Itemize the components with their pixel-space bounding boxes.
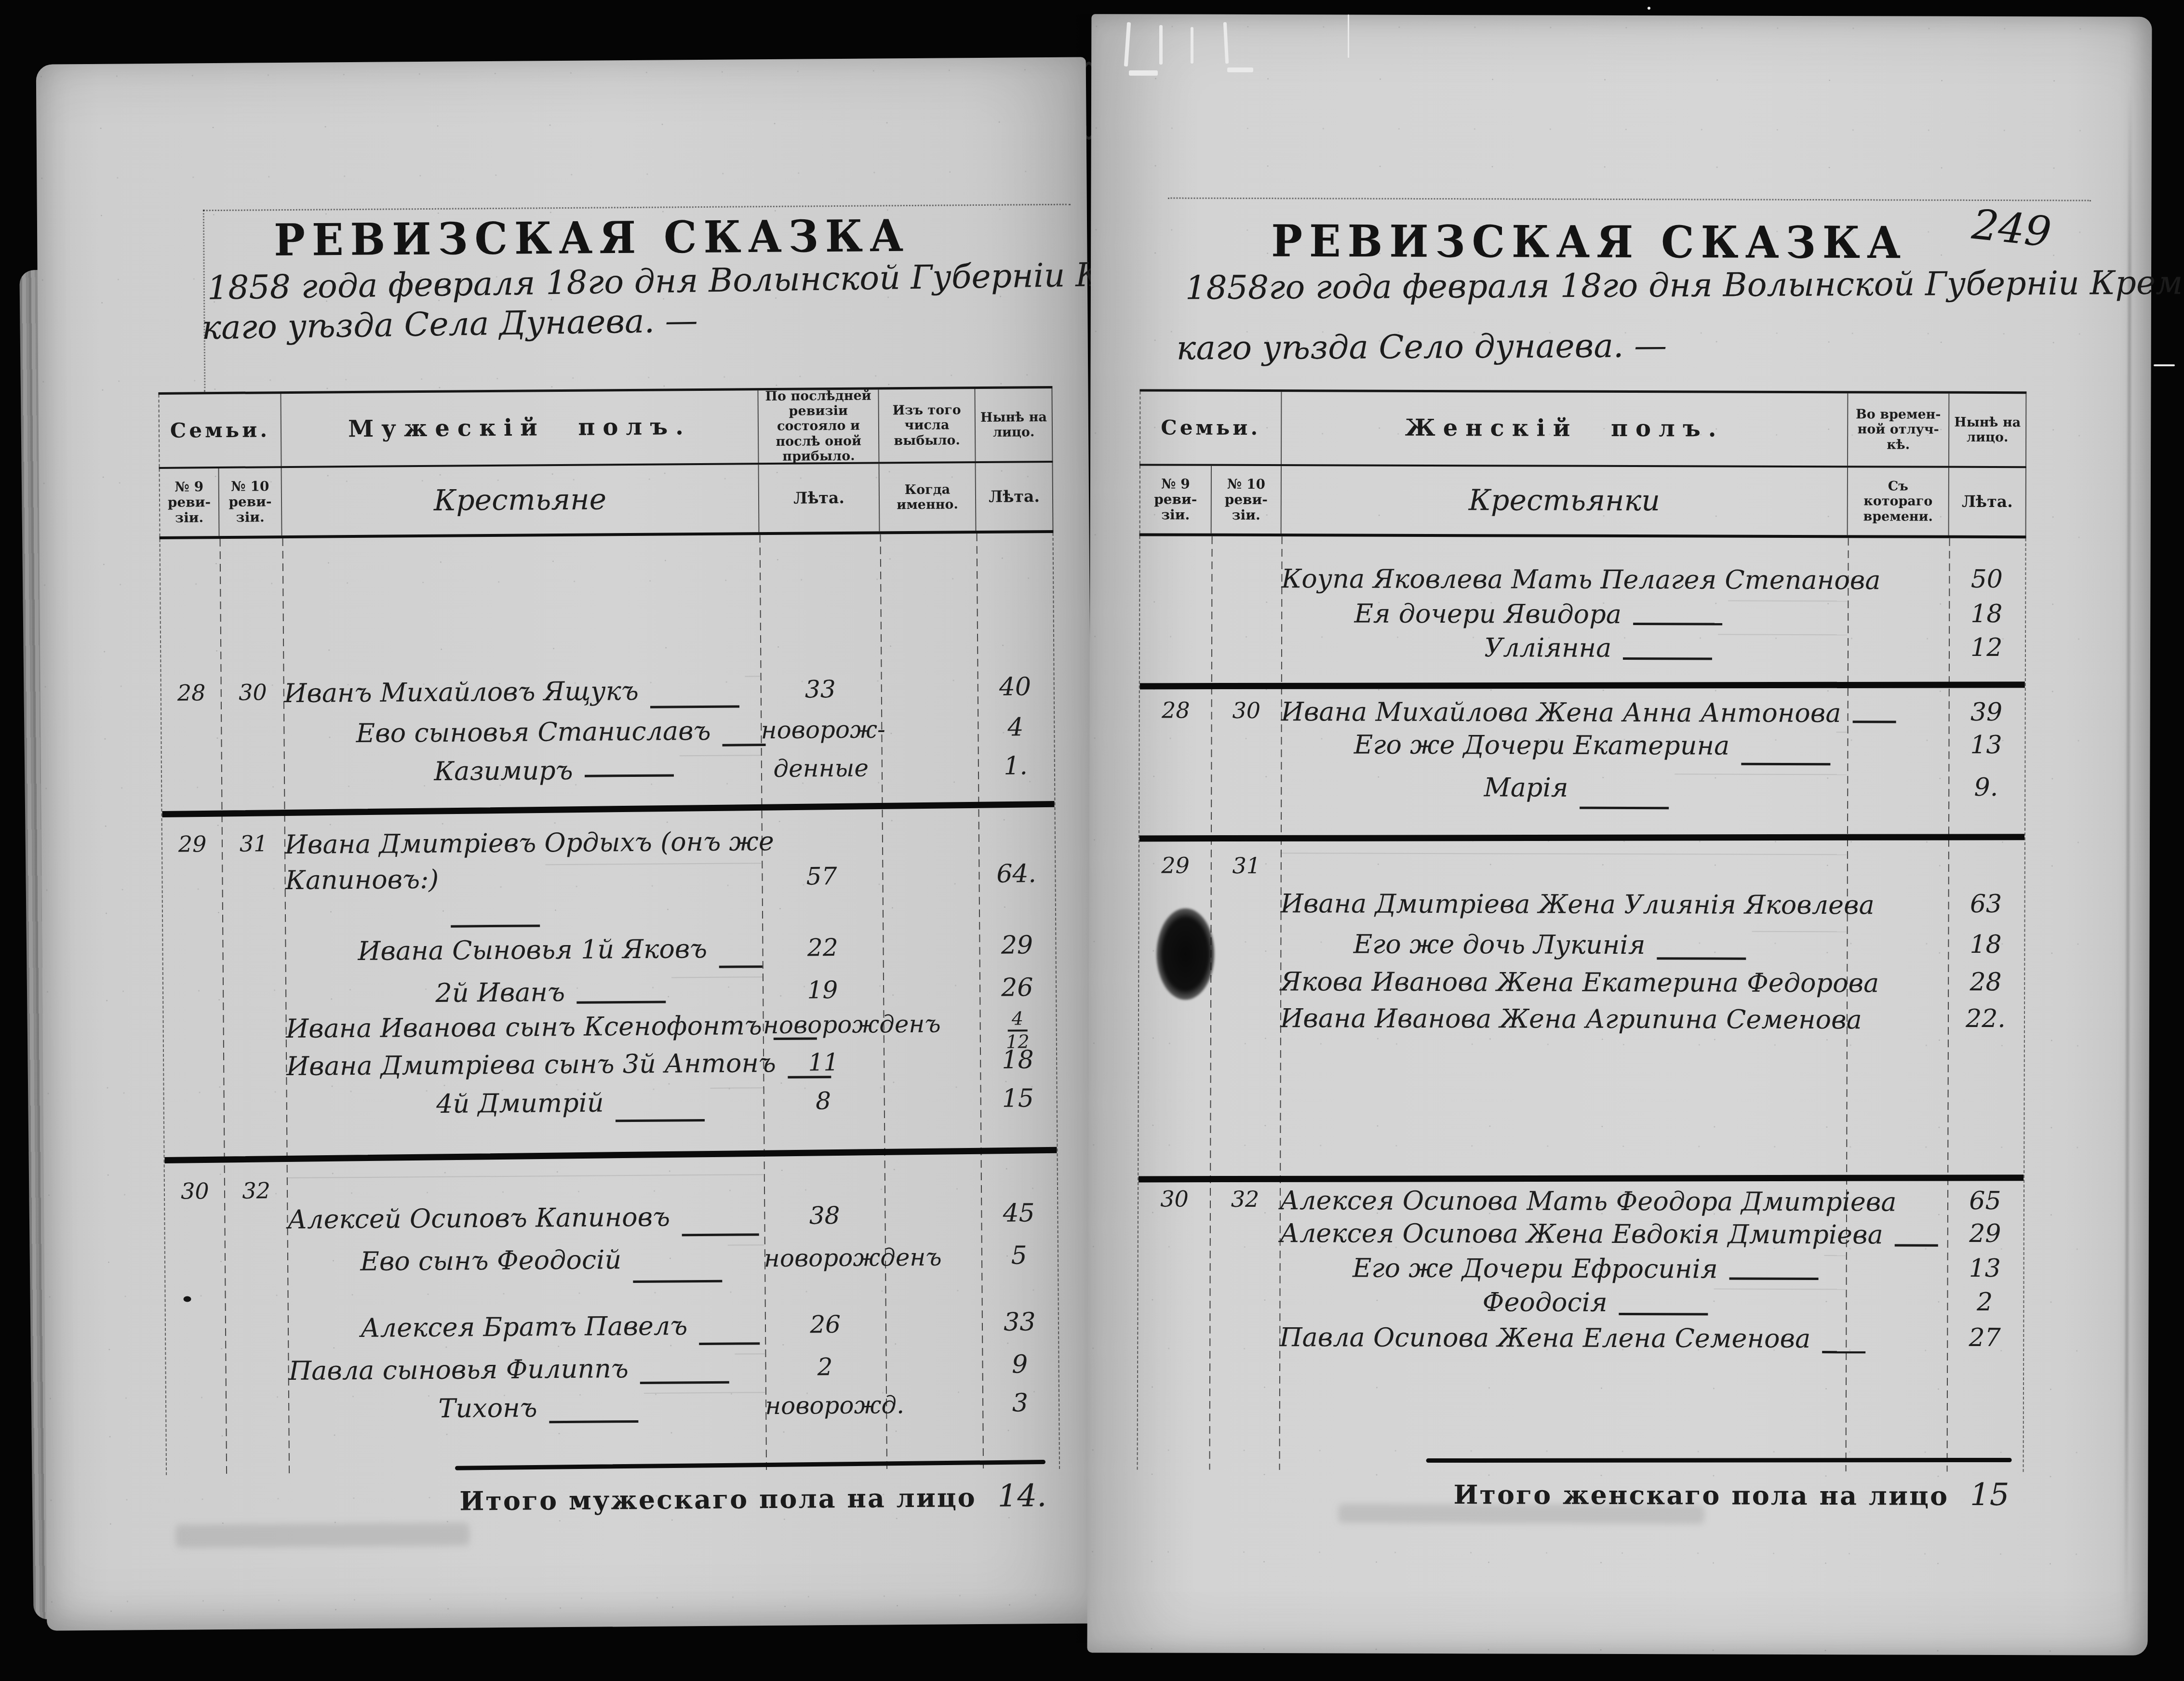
when-departed-cell bbox=[880, 673, 977, 714]
when-departed-cell bbox=[884, 1009, 979, 1047]
handwritten-dash bbox=[1729, 1278, 1819, 1280]
handwritten-dash bbox=[1657, 957, 1746, 960]
since-when-cell bbox=[1847, 968, 1947, 1005]
family-number-rev9: 30 bbox=[165, 1177, 225, 1205]
age-now-cell: 65 bbox=[1947, 1187, 2023, 1220]
column-header-when: Когда именно. bbox=[880, 463, 977, 531]
table-row bbox=[1140, 666, 2025, 698]
name-cell: Ивана Дмитріева Жена Улиянія Яковлева bbox=[1281, 888, 1847, 930]
table-row: Павла Осипова Жена Елена Семенова 27 bbox=[1138, 1321, 2023, 1361]
table-row bbox=[164, 1127, 1057, 1177]
family-number-rev10: 32 bbox=[1210, 1185, 1280, 1218]
handwritten-dash bbox=[1741, 763, 1830, 765]
when-departed-cell bbox=[885, 1389, 982, 1428]
table-row: Ивана Сыновья 1й Яковъ 22 29 bbox=[163, 931, 1056, 980]
family-number-rev10 bbox=[227, 1394, 289, 1433]
family-number-rev9 bbox=[1140, 631, 1212, 666]
family-number-rev9 bbox=[165, 1247, 226, 1294]
table-row: Ево сыновья Станиславъ новорож- 4 bbox=[161, 713, 1054, 758]
family-separator-line bbox=[1137, 1174, 2026, 1182]
footer-total: 15 bbox=[1970, 1477, 2010, 1513]
table-row bbox=[162, 782, 1055, 830]
age-now-cell: 412 bbox=[979, 1008, 1056, 1046]
handwritten-dash bbox=[719, 965, 762, 968]
since-when-cell bbox=[1848, 698, 1948, 731]
age-now-cell: 12 bbox=[1948, 634, 2025, 668]
table-row: Коупа Яковлева Мать Пелагея Степанова 50 bbox=[1140, 563, 2025, 600]
family-number-rev10 bbox=[225, 1204, 288, 1247]
family-number-rev9 bbox=[166, 1356, 226, 1395]
column-header-family: Семьи. bbox=[158, 394, 281, 467]
scan-artifact bbox=[1348, 14, 1349, 58]
column-header-age-now: Лѣта. bbox=[976, 463, 1054, 531]
name-cell: Павла Осипова Жена Елена Семенова bbox=[1279, 1322, 1846, 1361]
page-footer: Итого женскаго пола на лицо 15 bbox=[1137, 1448, 2024, 1547]
column-header-departed: Изъ того числа выбыло. bbox=[879, 389, 976, 462]
name-cell: 2й Иванъ bbox=[286, 975, 763, 1014]
family-number-rev9 bbox=[162, 866, 223, 937]
age-prev-cell: новорож- bbox=[761, 714, 882, 754]
age-now-cell bbox=[980, 1171, 1057, 1200]
since-when-cell bbox=[1847, 890, 1948, 931]
family-number-rev9 bbox=[163, 979, 224, 1014]
age-prev-cell bbox=[762, 825, 882, 862]
since-when-cell bbox=[1846, 930, 1947, 968]
family-number-rev10: 32 bbox=[225, 1176, 288, 1205]
name-cell: Алексей Осиповъ Капиновъ bbox=[287, 1201, 765, 1247]
age-prev-cell: 2 bbox=[765, 1351, 885, 1391]
family-number-rev10: 30 bbox=[1212, 696, 1281, 729]
name-cell: Павла сыновья Филиппъ bbox=[289, 1352, 765, 1394]
handwritten-dash bbox=[1580, 807, 1669, 809]
table-row: Алексея Осипова Жена Евдокія Дмитріева 2… bbox=[1139, 1217, 2023, 1254]
footer-label: Итого мужескаго пола на лицо bbox=[459, 1482, 977, 1516]
since-when-cell bbox=[1847, 600, 1948, 634]
age-prev-cell: 11 bbox=[764, 1047, 884, 1086]
when-departed-cell bbox=[883, 974, 979, 1009]
table-row: Якова Иванова Жена Екатерина Федорова 28 bbox=[1139, 966, 2024, 1005]
family-number-rev9 bbox=[164, 1052, 224, 1091]
age-prev-cell: 19 bbox=[762, 974, 883, 1010]
since-when-cell bbox=[1847, 1004, 1947, 1042]
family-number-rev10: 30 bbox=[221, 678, 284, 719]
table-group-header: Семьи. Женскій полъ. Во времен­ной отлуч… bbox=[1139, 389, 2026, 468]
family-number-rev9 bbox=[1139, 1217, 1210, 1252]
handwritten-dash bbox=[650, 705, 739, 708]
date-line-2: каго уѣзда Село дунаева. — bbox=[1176, 327, 1667, 367]
name-cell: Ивана Иванова Жена Агрипина Семенова bbox=[1280, 1003, 1847, 1042]
column-header-present: Нынѣ на лицо. bbox=[975, 388, 1053, 461]
age-prev-cell: 38 bbox=[764, 1200, 884, 1243]
name-cell: Коупа Яковлева Мать Пелагея Степанова bbox=[1282, 563, 1848, 600]
table-row: 29 31 Ивана Дмитріевъ Ордыхъ (онъ же bbox=[162, 824, 1055, 866]
age-now-cell: 63 bbox=[1947, 890, 2024, 931]
name-cell: Капиновъ:) bbox=[285, 862, 762, 936]
family-number-rev10 bbox=[1210, 1322, 1279, 1360]
when-departed-cell bbox=[882, 860, 978, 932]
name-cell: Улліянна bbox=[1282, 632, 1847, 668]
family-number-rev10: 31 bbox=[222, 829, 285, 866]
family-number-rev10 bbox=[223, 936, 286, 979]
when-departed-cell bbox=[881, 752, 978, 783]
table-row: Капиновъ:) 57 64. bbox=[162, 860, 1055, 937]
date-line-2: каго уѣзда Села Дунаева. — bbox=[201, 302, 698, 347]
age-now-cell: 1. bbox=[977, 752, 1054, 782]
name-cell: Алексея Осипова Жена Евдокія Дмитріева bbox=[1280, 1218, 1846, 1254]
when-departed-cell bbox=[884, 1172, 980, 1200]
column-header-rev9: № 9 реви­зіи. bbox=[1139, 466, 1212, 533]
family-number-rev9 bbox=[162, 758, 222, 788]
family-number-rev10 bbox=[224, 1090, 287, 1133]
family-number-rev9 bbox=[164, 1090, 225, 1133]
age-prev-cell: 8 bbox=[763, 1085, 884, 1129]
since-when-cell bbox=[1847, 633, 1948, 668]
family-number-rev9 bbox=[1138, 1321, 1210, 1359]
family-number-rev10 bbox=[223, 865, 286, 937]
name-cell bbox=[287, 1173, 764, 1204]
age-now-cell: 50 bbox=[1948, 565, 2025, 600]
family-number-rev9 bbox=[1140, 563, 1212, 598]
family-number-rev9: 30 bbox=[1139, 1185, 1210, 1217]
age-now-cell: 3 bbox=[981, 1389, 1059, 1428]
since-when-cell bbox=[1848, 565, 1948, 600]
family-number-rev9 bbox=[163, 1014, 224, 1052]
table-row: Алексея Братъ Павелъ 26 33 bbox=[166, 1308, 1059, 1357]
column-header-estate: Крестьяне bbox=[282, 465, 760, 535]
name-cell: 4й Дмитрій bbox=[287, 1086, 764, 1132]
age-now-cell: 39 bbox=[1948, 698, 2025, 731]
age-now-cell: 33 bbox=[981, 1308, 1059, 1351]
age-now-cell: 9. bbox=[1948, 774, 2025, 818]
column-header-male-sex: Мужескій полъ. bbox=[281, 390, 759, 466]
table-row: 30 32 Алексея Осипова Мать Феодора Дмитр… bbox=[1139, 1185, 2023, 1220]
table-row: Павла сыновья Филиппъ 2 9 bbox=[166, 1350, 1059, 1395]
age-now-cell: 15 bbox=[979, 1084, 1057, 1127]
handwritten-dash bbox=[616, 1119, 705, 1122]
table-body: Коупа Яковлева Мать Пелагея Степанова 50… bbox=[1137, 536, 2026, 1472]
family-number-rev10 bbox=[1210, 1218, 1280, 1253]
name-cell: Ивана Сыновья 1й Яковъ bbox=[285, 933, 763, 979]
column-header-present: Нынѣ на лицо. bbox=[1949, 394, 2026, 466]
scan-artifact bbox=[1129, 70, 1158, 76]
age-prev-cell: новорожденъ bbox=[764, 1242, 885, 1290]
table-row bbox=[1139, 1163, 2023, 1187]
family-number-rev10 bbox=[1211, 966, 1280, 1003]
table-row: Феодосія 2 bbox=[1138, 1286, 2023, 1324]
column-header-estate: Крестьянки bbox=[1282, 466, 1848, 535]
column-header-rev10: № 10 реви­зіи. bbox=[1212, 466, 1282, 534]
age-prev-cell: 33 bbox=[760, 674, 881, 715]
column-header-female-sex: Женскій полъ. bbox=[1282, 392, 1848, 466]
family-number-rev10 bbox=[1210, 1286, 1280, 1322]
table-row bbox=[161, 533, 1054, 679]
family-separator-line bbox=[1137, 681, 2026, 689]
name-cell: Ивана Иванова сынъ Ксенофонтъ bbox=[286, 1010, 764, 1051]
scan-artifact bbox=[2154, 364, 2175, 366]
bleed-through bbox=[1338, 1504, 1704, 1524]
column-header-family: Семьи. bbox=[1139, 391, 1282, 464]
name-cell: Ево сыновья Станиславъ bbox=[284, 715, 762, 757]
scan-artifact bbox=[1648, 7, 1650, 10]
family-number-rev10 bbox=[224, 979, 286, 1014]
table-row: 28 30 Иванъ Михайловъ Ящукъ 33 40 bbox=[161, 673, 1054, 720]
age-now-cell: 13 bbox=[1948, 731, 2025, 774]
column-header-away: Во времен­ной отлуч­кѣ. bbox=[1848, 393, 1949, 466]
handwritten-dash bbox=[633, 1280, 722, 1283]
name-cell: Его же Дочери Ефросинія bbox=[1280, 1253, 1846, 1288]
name-cell: Его же Дочери Екатерина bbox=[1282, 729, 1847, 773]
age-now-cell: 9 bbox=[981, 1350, 1059, 1389]
name-cell bbox=[1281, 852, 1847, 890]
table-row: Его же дочь Лукинія 18 bbox=[1139, 928, 2024, 968]
table-row: 28 30 Ивана Михайлова Жена Анна Антонова… bbox=[1140, 696, 2025, 731]
family-number-rev9 bbox=[1138, 1286, 1210, 1321]
table-row: Ивана Иванова Жена Агрипина Семенова 22. bbox=[1139, 1002, 2024, 1042]
when-departed-cell bbox=[885, 1308, 981, 1351]
handwritten-dash bbox=[549, 1420, 638, 1423]
age-prev-cell: новорожд. bbox=[765, 1390, 886, 1429]
family-number-rev9 bbox=[1140, 598, 1212, 631]
age-prev-cell: 57 bbox=[762, 861, 882, 933]
age-now-cell: 40 bbox=[977, 673, 1054, 714]
age-now-cell: 18 bbox=[1948, 600, 2025, 634]
date-line-1: 1858го года февраля 18го дня Волынской Г… bbox=[1185, 264, 2184, 307]
family-number-rev9 bbox=[1139, 1252, 1211, 1286]
age-prev-cell: денные bbox=[761, 753, 881, 784]
family-number-rev10 bbox=[1210, 1253, 1280, 1286]
family-number-rev10 bbox=[1212, 632, 1282, 667]
column-header-prev-revision: По послѣдней ревизіи состояло и послѣ он… bbox=[758, 389, 879, 463]
table-row bbox=[1139, 815, 2024, 854]
family-number-rev10 bbox=[222, 757, 284, 787]
table-row: Марія 9. bbox=[1139, 771, 2024, 818]
when-departed-cell bbox=[885, 1351, 981, 1390]
when-departed-cell bbox=[883, 1085, 979, 1128]
since-when-cell bbox=[1847, 853, 1948, 890]
when-departed-cell bbox=[882, 825, 978, 861]
footer-rule bbox=[1426, 1458, 2012, 1463]
table-row: Его же Дочери Екатерина 13 bbox=[1139, 729, 2024, 774]
family-separator-line bbox=[160, 801, 1059, 817]
name-cell: Ивана Михайлова Жена Анна Антонова bbox=[1281, 696, 1848, 731]
family-number-rev9 bbox=[161, 719, 222, 758]
table-sub-header: № 9 реви­зіи. № 10 реви­зіи. Крестьянки … bbox=[1139, 466, 2026, 538]
age-now-cell: 22. bbox=[1947, 1005, 2024, 1042]
table-row: 2й Иванъ 19 26 bbox=[163, 974, 1056, 1014]
handwritten-dash bbox=[451, 924, 540, 927]
page-title: РЕВИЗСКАЯ СКАЗКА bbox=[1059, 215, 2119, 269]
column-header-rev10: № 10 реви­зіи. bbox=[219, 468, 282, 536]
since-when-cell bbox=[1846, 1323, 1946, 1361]
since-when-cell bbox=[1847, 773, 1948, 818]
when-departed-cell bbox=[884, 1200, 981, 1242]
age-now-cell: 4 bbox=[977, 713, 1054, 752]
ink-speck bbox=[184, 1296, 191, 1302]
family-number-rev9: 28 bbox=[1140, 696, 1212, 729]
handwritten-dash bbox=[682, 1233, 759, 1236]
handwritten-dash bbox=[699, 1342, 760, 1345]
since-when-cell bbox=[1845, 1288, 1946, 1324]
name-cell: Феодосія bbox=[1280, 1286, 1846, 1323]
age-now-cell: 64. bbox=[978, 860, 1056, 932]
handwritten-dash bbox=[1633, 623, 1722, 625]
left-page: РЕВИЗСКАЯ СКАЗКА 1858 года февраля 18го … bbox=[36, 57, 1097, 1630]
since-when-cell bbox=[1846, 1187, 1947, 1220]
age-prev-cell: 26 bbox=[765, 1309, 885, 1352]
since-when-cell bbox=[1846, 1219, 1947, 1254]
age-now-cell: 45 bbox=[980, 1199, 1058, 1242]
age-now-cell bbox=[978, 824, 1055, 860]
age-now-cell: 5 bbox=[980, 1241, 1058, 1288]
age-now-cell: 18 bbox=[1947, 931, 2024, 968]
age-prev-cell: 22 bbox=[763, 932, 883, 975]
table-row: Ево сынъ Феодосій новорожденъ 5 bbox=[165, 1241, 1058, 1294]
column-header-rev9: № 9 реви­зіи. bbox=[159, 468, 220, 536]
scan-artifact bbox=[1159, 25, 1163, 65]
family-number-rev10 bbox=[226, 1356, 289, 1395]
ink-blot bbox=[1156, 908, 1214, 1000]
since-when-cell bbox=[1847, 731, 1948, 774]
name-cell: Ивана Дмитріева сынъ 3й Антонъ bbox=[286, 1048, 764, 1090]
table-body: 28 30 Иванъ Михайловъ Ящукъ 33 40 Е bbox=[160, 533, 1060, 1475]
family-separator-line bbox=[161, 1147, 1060, 1163]
family-number-rev9: 29 bbox=[1139, 851, 1212, 888]
family-number-rev9 bbox=[165, 1205, 225, 1248]
family-separator-line bbox=[1137, 834, 2026, 841]
age-prev-cell: новорожденъ bbox=[763, 1009, 884, 1048]
table-sub-header: № 9 реви­зіи. № 10 реви­зіи. Крестьяне Л… bbox=[159, 463, 1054, 539]
name-cell: Алексея Братъ Павелъ bbox=[288, 1310, 766, 1356]
family-number-rev9 bbox=[1139, 771, 1212, 815]
family-number-rev10 bbox=[1211, 929, 1281, 966]
since-when-cell bbox=[1845, 1254, 1946, 1288]
family-number-rev10 bbox=[225, 1247, 288, 1294]
bleed-through bbox=[175, 1522, 469, 1548]
family-number-rev9: 29 bbox=[162, 830, 223, 866]
right-page: 249 РЕВИЗСКАЯ СКАЗКА 1858го года февраля… bbox=[1087, 14, 2152, 1655]
table-row bbox=[1139, 1040, 2024, 1166]
name-cell: Ево сынъ Феодосій bbox=[288, 1243, 764, 1293]
table-row: Алексей Осиповъ Капиновъ 38 45 bbox=[165, 1199, 1058, 1248]
table-row: Тихонъ новорожд. 3 bbox=[166, 1389, 1059, 1434]
name-cell: Ивана Дмитріевъ Ордыхъ (онъ же bbox=[285, 826, 762, 865]
column-header-since-when: Съ котораго времени. bbox=[1848, 467, 1949, 535]
when-departed-cell bbox=[881, 714, 977, 753]
table-row: Ея дочери Явидора 18 bbox=[1140, 598, 2025, 634]
family-number-rev10 bbox=[1212, 598, 1282, 632]
family-number-rev10 bbox=[1211, 888, 1281, 929]
footer-total: 14. bbox=[997, 1478, 1046, 1514]
age-now-cell: 29 bbox=[978, 931, 1056, 974]
footer-rule bbox=[455, 1460, 1045, 1470]
handwritten-dash bbox=[1623, 657, 1712, 660]
family-number-rev9 bbox=[163, 937, 223, 980]
age-now-cell bbox=[1947, 854, 2024, 890]
table-group-header: Семьи. Мужескій полъ. По послѣдней ревиз… bbox=[158, 386, 1053, 469]
column-header-age-prev: Лѣта. bbox=[759, 464, 880, 532]
name-cell: Якова Иванова Жена Екатерина Федорова bbox=[1280, 966, 1847, 1004]
name-cell: Алексея Осипова Мать Феодора Дмитріева bbox=[1280, 1185, 1846, 1219]
archival-scan: РЕВИЗСКАЯ СКАЗКА 1858 года февраля 18го … bbox=[0, 0, 2184, 1681]
family-number-rev10 bbox=[226, 1313, 288, 1356]
family-number-rev10 bbox=[1211, 1003, 1280, 1041]
family-number-rev10 bbox=[1212, 772, 1282, 816]
family-number-rev10 bbox=[1212, 563, 1281, 598]
age-now-cell: 26 bbox=[978, 974, 1056, 1009]
handwritten-dash bbox=[640, 1381, 729, 1384]
name-cell: Казимиръ bbox=[284, 754, 761, 787]
table-row: Улліянна 12 bbox=[1140, 631, 2025, 668]
family-number-rev9 bbox=[1139, 729, 1212, 771]
when-departed-cell bbox=[884, 1046, 980, 1085]
table-row: Ивана Иванова сынъ Ксенофонтъ новорожден… bbox=[163, 1008, 1056, 1052]
when-departed-cell bbox=[883, 932, 979, 974]
family-number-rev10 bbox=[224, 1014, 286, 1052]
table-row: Ивана Дмитріева сынъ 3й Антонъ 11 18 bbox=[164, 1046, 1057, 1091]
table-row: Ивана Дмитріева Жена Улиянія Яковлева 63 bbox=[1139, 888, 2024, 931]
family-number-rev9 bbox=[166, 1314, 226, 1357]
table-row bbox=[1140, 536, 2025, 565]
name-cell: Его же дочь Лукинія bbox=[1281, 929, 1847, 968]
age-now-cell: 13 bbox=[1946, 1254, 2023, 1288]
age-now-cell: 2 bbox=[1946, 1288, 2023, 1324]
name-cell: Иванъ Михайловъ Ящукъ bbox=[284, 675, 760, 719]
name-cell: Марія bbox=[1281, 772, 1847, 817]
handwritten-dash bbox=[585, 774, 674, 777]
name-cell: Тихонъ bbox=[289, 1391, 765, 1433]
family-number-rev10 bbox=[224, 1051, 286, 1090]
age-now-cell: 18 bbox=[979, 1046, 1057, 1085]
handwritten-dash bbox=[723, 744, 766, 747]
family-number-rev10 bbox=[1212, 729, 1282, 772]
family-number-rev9: 28 bbox=[161, 679, 222, 720]
handwritten-dash bbox=[1619, 1313, 1708, 1315]
age-now-cell: 28 bbox=[1947, 968, 2024, 1005]
census-table-female: Семьи. Женскій полъ. Во времен­ной отлуч… bbox=[1137, 389, 2027, 1472]
margin-frame-line bbox=[1168, 198, 2091, 201]
age-now-cell: 27 bbox=[1946, 1324, 2023, 1361]
family-number-rev9 bbox=[1139, 1002, 1211, 1040]
census-table-male: Семьи. Мужескій полъ. По послѣдней ревиз… bbox=[158, 386, 1060, 1475]
scan-artifact bbox=[1191, 27, 1193, 64]
table-row: Его же Дочери Ефросинія 13 bbox=[1139, 1252, 2023, 1288]
family-number-rev10: 31 bbox=[1211, 852, 1281, 888]
age-now-cell: 29 bbox=[1947, 1220, 2023, 1254]
table-row: 4й Дмитрій 8 15 bbox=[164, 1084, 1057, 1133]
when-departed-cell bbox=[884, 1242, 981, 1289]
scan-artifact bbox=[1227, 67, 1253, 72]
family-number-rev10 bbox=[221, 719, 284, 758]
handwritten-dash bbox=[576, 1001, 666, 1004]
name-cell: Ея дочери Явидора bbox=[1282, 598, 1847, 633]
table-row: 29 31 bbox=[1139, 851, 2024, 890]
column-header-age-now: Лѣта. bbox=[1949, 468, 2026, 535]
page-crease bbox=[2125, 84, 2131, 1622]
age-prev-cell bbox=[764, 1172, 884, 1201]
family-number-rev9 bbox=[166, 1395, 227, 1434]
